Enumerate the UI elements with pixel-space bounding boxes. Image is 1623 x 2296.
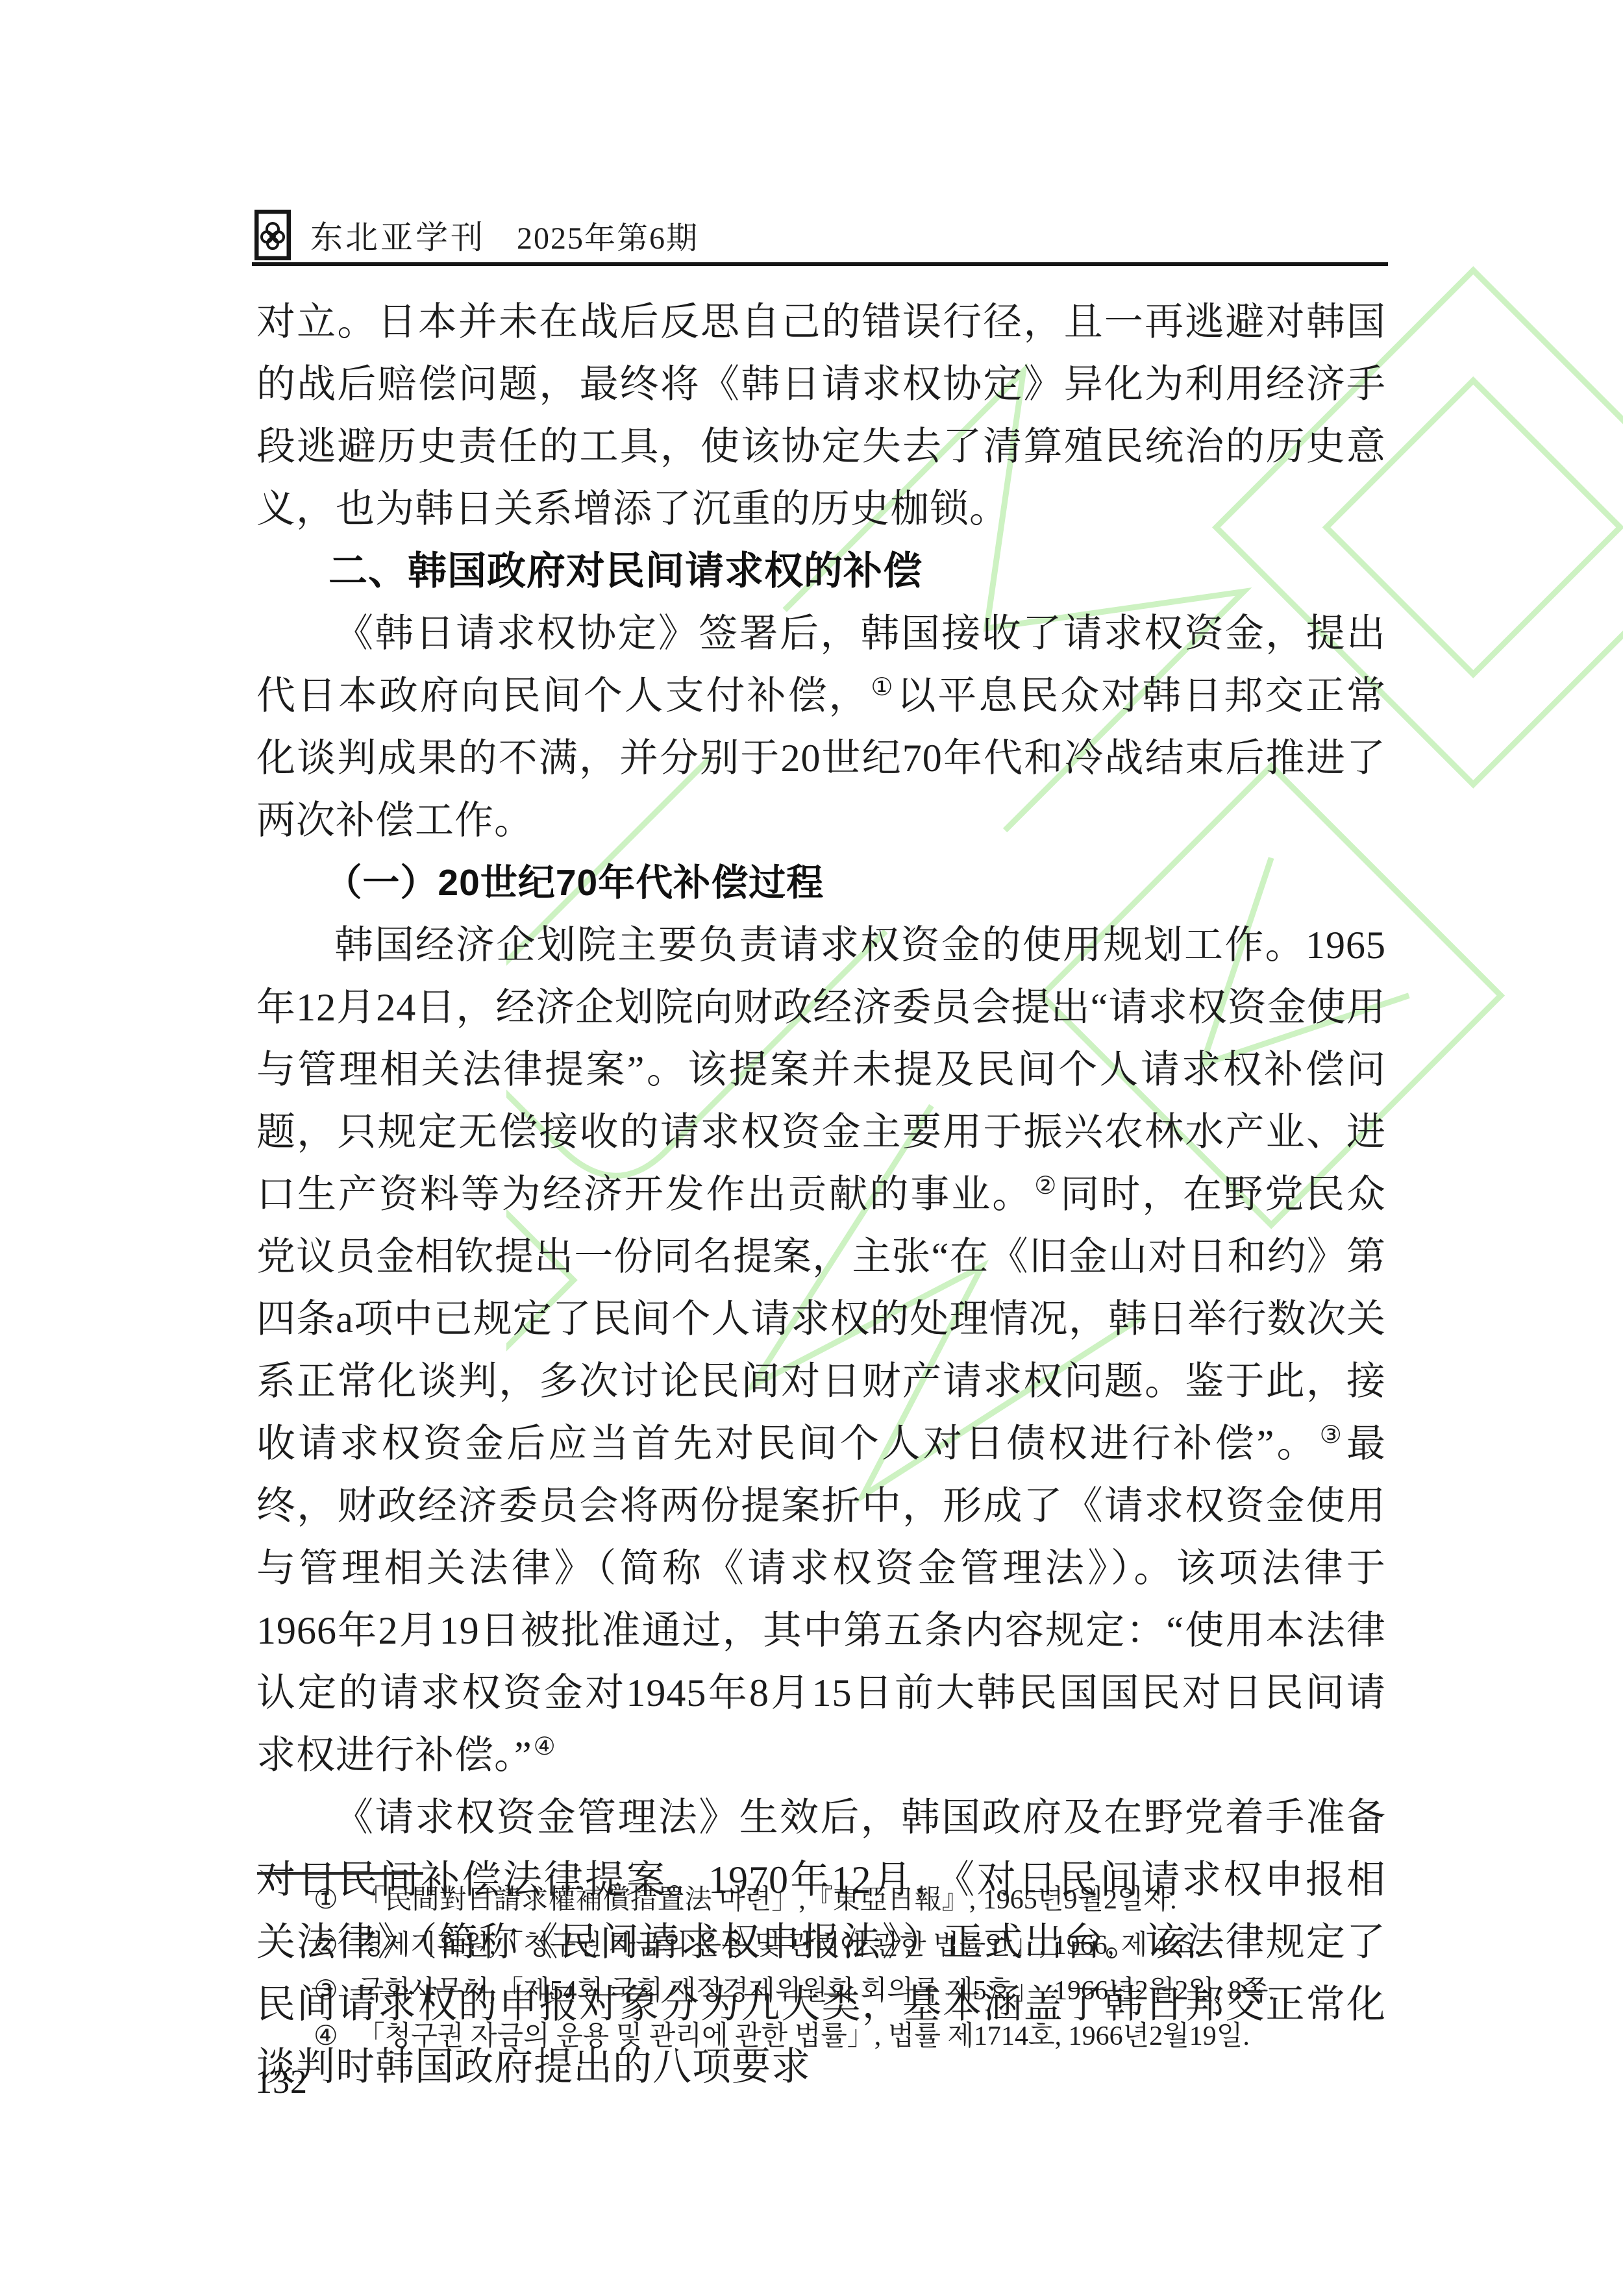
footnote-text: 경제기획원,「청구권 자금의 운용 및 관리에 관한 법률안」, 1966, 제… bbox=[358, 1923, 1386, 1968]
journal-title: 东北亚学刊 bbox=[310, 212, 486, 258]
footnote-item: ② 경제기획원,「청구권 자금의 운용 및 관리에 관한 법률안」, 1966,… bbox=[256, 1923, 1386, 1968]
header-divider bbox=[252, 262, 1388, 266]
footnote-text: 「民間對日請求權補償措置法 마련」,『東亞日報』, 1965년9월2일자. bbox=[358, 1877, 1386, 1923]
paragraph-text: 同时，在野党民众党议员金相钦提出一份同名提案，主张“在《旧金山对日和约》第四条a… bbox=[256, 1173, 1386, 1465]
paragraph-text: 最终，财政经济委员会将两份提案折中，形成了《请求权资金使用与管理相关法律》（简称… bbox=[256, 1422, 1386, 1777]
footnote-number: ④ bbox=[314, 2014, 338, 2059]
footnote-marker-3: ③ bbox=[1319, 1422, 1346, 1449]
footnote-marker-2: ② bbox=[1033, 1172, 1060, 1200]
journal-page: 东北亚学刊 2025年第6期 对立。日本并未在战后反思自己的错误行径，且一再逃避… bbox=[0, 0, 1623, 2296]
journal-header: 东北亚学刊 2025年第6期 bbox=[254, 209, 1388, 261]
footnote-text: 「청구권 자금의 운용 및 관리에 관한 법률」, 법률 제1714호, 196… bbox=[358, 2014, 1386, 2059]
footnote-number: ② bbox=[314, 1923, 338, 1968]
paragraph: 《韩日请求权协定》签署后，韩国接收了请求权资金，提出代日本政府向民间个人支付补偿… bbox=[256, 602, 1386, 852]
footnote-text: 국회사무처,「제54회 국회 재정경제위원회 회의록 제5호」, 1966년2월… bbox=[358, 1968, 1386, 2014]
page-number: 132 bbox=[255, 2063, 308, 2101]
footnote-list: ① 「民間對日請求權補償措置法 마련」,『東亞日報』, 1965년9월2일자. … bbox=[256, 1877, 1386, 2059]
footnote-divider bbox=[257, 1872, 423, 1875]
journal-logo-icon bbox=[254, 210, 291, 260]
footnote-number: ① bbox=[314, 1877, 338, 1923]
footnote-item: ① 「民間對日請求權補償措置法 마련」,『東亞日報』, 1965년9월2일자. bbox=[256, 1877, 1386, 1923]
paragraph-continuation: 对立。日本并未在战后反思自己的错误行径，且一再逃避对韩国的战后赔偿问题，最终将《… bbox=[256, 291, 1386, 540]
footnote-marker-4: ④ bbox=[532, 1733, 558, 1760]
footnote-item: ④ 「청구권 자금의 운용 및 관리에 관한 법률」, 법률 제1714호, 1… bbox=[256, 2014, 1386, 2059]
article-body: 对立。日本并未在战后反思自己的错误行径，且一再逃避对韩国的战后赔偿问题，最终将《… bbox=[256, 291, 1386, 2098]
footnote-marker-1: ① bbox=[869, 674, 897, 701]
section-heading: 二、韩国政府对民间请求权的补偿 bbox=[256, 540, 1386, 602]
journal-issue: 2025年第6期 bbox=[517, 213, 699, 258]
paragraph-text: 韩国经济企划院主要负责请求权资金的使用规划工作。1965年12月24日，经济企划… bbox=[256, 924, 1386, 1216]
subsection-heading: （一）20世纪70年代补偿过程 bbox=[256, 852, 1386, 914]
paragraph: 韩国经济企划院主要负责请求权资金的使用规划工作。1965年12月24日，经济企划… bbox=[256, 914, 1386, 1786]
footnote-item: ③ 국회사무처,「제54회 국회 재정경제위원회 회의록 제5호」, 1966년… bbox=[256, 1968, 1386, 2014]
footnote-number: ③ bbox=[314, 1968, 338, 2014]
